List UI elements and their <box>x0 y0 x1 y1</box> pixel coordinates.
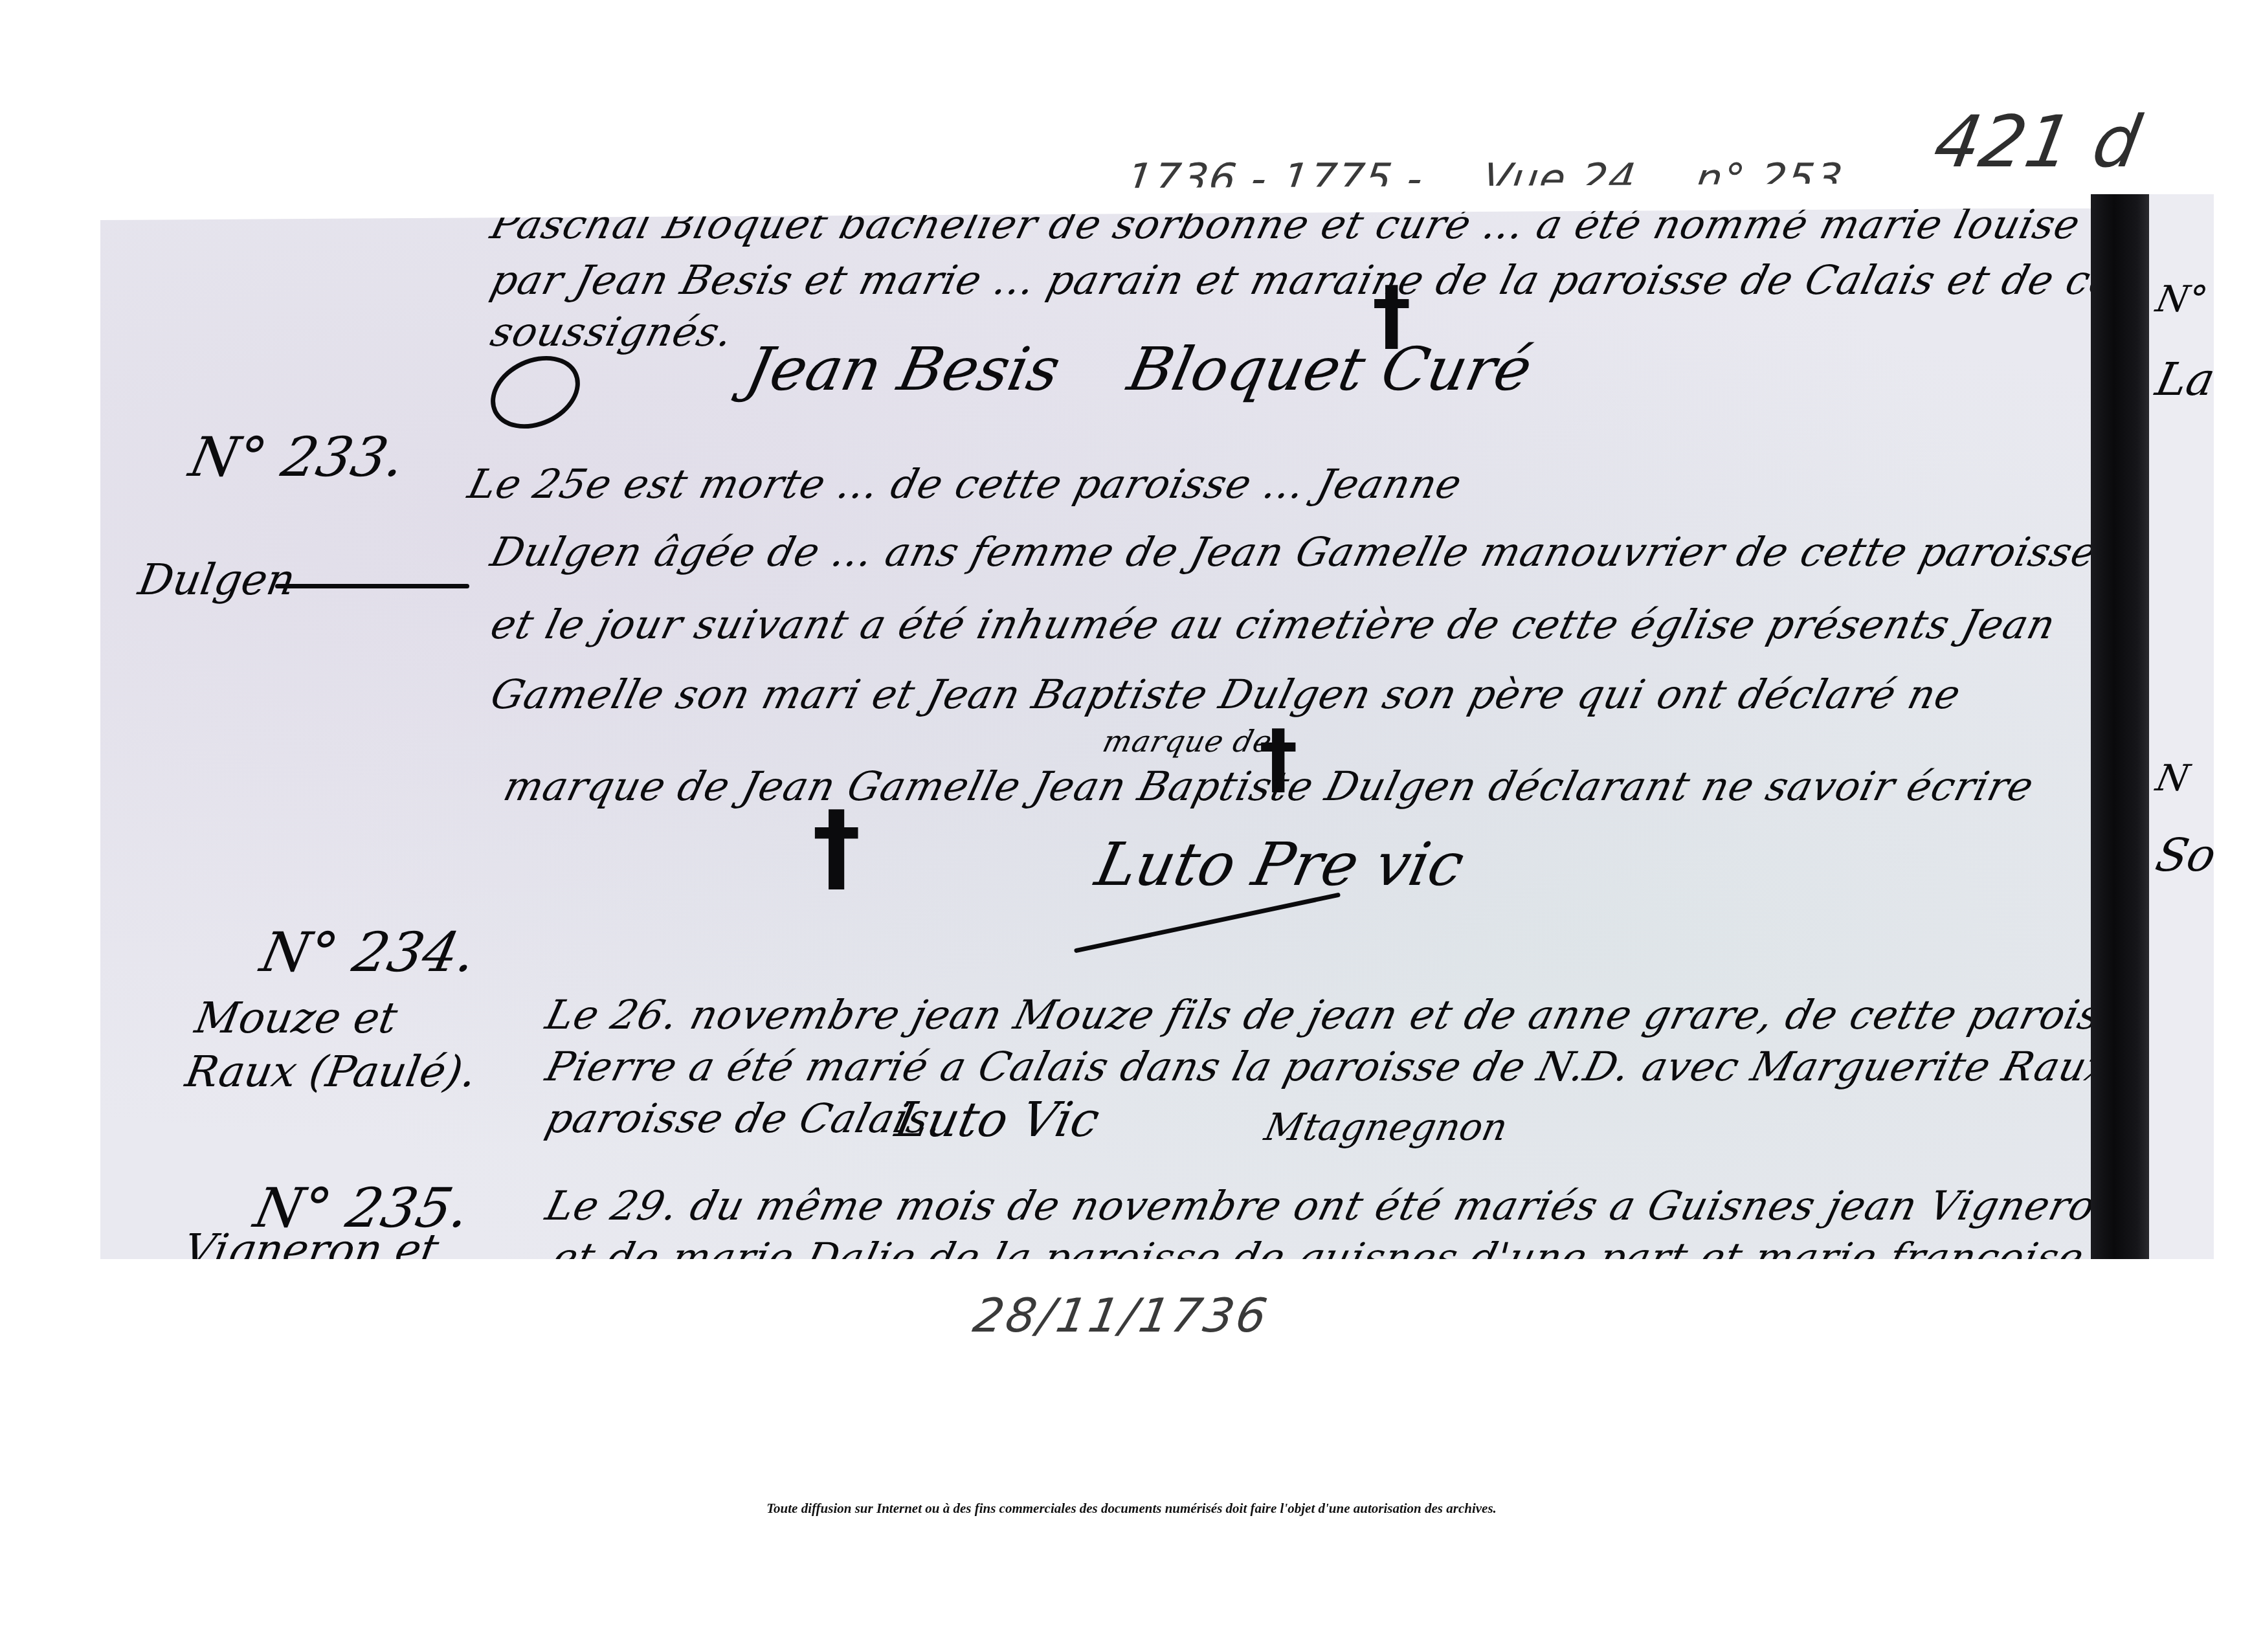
adjacent-page-strip: N° La N So <box>2149 194 2214 1259</box>
entry-233-witness-note: marque de <box>1100 726 1275 756</box>
entry-234-signature-witness: Mtagnegnon <box>1261 1105 1511 1149</box>
signature-bloquet-cure: Bloquet Curé <box>1122 335 1538 404</box>
entry-234-signature-luto: Luto Vic <box>891 1092 1104 1148</box>
usage-disclaimer: Toute diffusion sur Internet ou à des fi… <box>0 1501 2263 1517</box>
entry-235-margin-name: Vigneron et <box>180 1225 442 1259</box>
register-scan: Paschal Bloquet bachelier de sorbonne et… <box>100 208 2214 1259</box>
entry-233-line-4: Gamelle son mari et Jean Baptiste Dulgen… <box>487 675 1965 715</box>
entry-234-margin-name: Mouze et Raux (Paulé). <box>181 992 498 1099</box>
entry-233-line-3: et le jour suivant a été inhumée au cime… <box>487 605 2060 645</box>
page-binding-gutter <box>2091 194 2149 1259</box>
entry-233-signature: Luto Pre vic <box>1090 830 1470 899</box>
adjacent-fragment-1: N° <box>2152 278 2211 320</box>
entry-233-line-1: Le 25e est morte ... de cette paroisse .… <box>464 464 1466 504</box>
entry-235-line-2: et de marie Dalie de la paroisse de guis… <box>548 1238 2214 1259</box>
folio-number: 421 d <box>1928 100 2146 183</box>
entry-233-number: N° 233. <box>184 425 411 489</box>
entry-234-number: N° 234. <box>256 921 482 984</box>
cross-mark-icon: † <box>812 791 861 904</box>
entry-234-line-3: paroisse de Calais. <box>542 1099 948 1139</box>
continuation-line-2: par Jean Besis et marie ... parain et ma… <box>487 260 2214 300</box>
entry-234-line-1: Le 26. novembre jean Mouze fils de jean … <box>542 995 2214 1035</box>
entry-234-line-2: Pierre a été marié a Calais dans la paro… <box>542 1047 2214 1087</box>
paraph-flourish-icon <box>479 342 592 442</box>
entry-233-margin-name: Dulgen <box>135 555 299 605</box>
adjacent-fragment-2: La <box>2151 353 2214 406</box>
entry-235-line-1: Le 29. du même mois de novembre ont été … <box>542 1186 2214 1226</box>
margin-name-underline <box>275 584 469 588</box>
entry-233-line-5: marque de Jean Gamelle Jean Baptiste Dul… <box>500 766 2038 807</box>
continuation-line-3: soussignés. <box>487 312 737 352</box>
entry-233-line-2: Dulgen âgée de ... ans femme de Jean Gam… <box>487 532 2101 572</box>
adjacent-fragment-4: So <box>2151 829 2214 882</box>
signature-jean-besis: Jean Besis <box>741 335 1066 404</box>
entry-date-annotation: 28/11/1736 <box>970 1288 1274 1343</box>
signature-flourish-icon <box>1074 892 1341 953</box>
adjacent-fragment-3: N <box>2152 757 2193 799</box>
